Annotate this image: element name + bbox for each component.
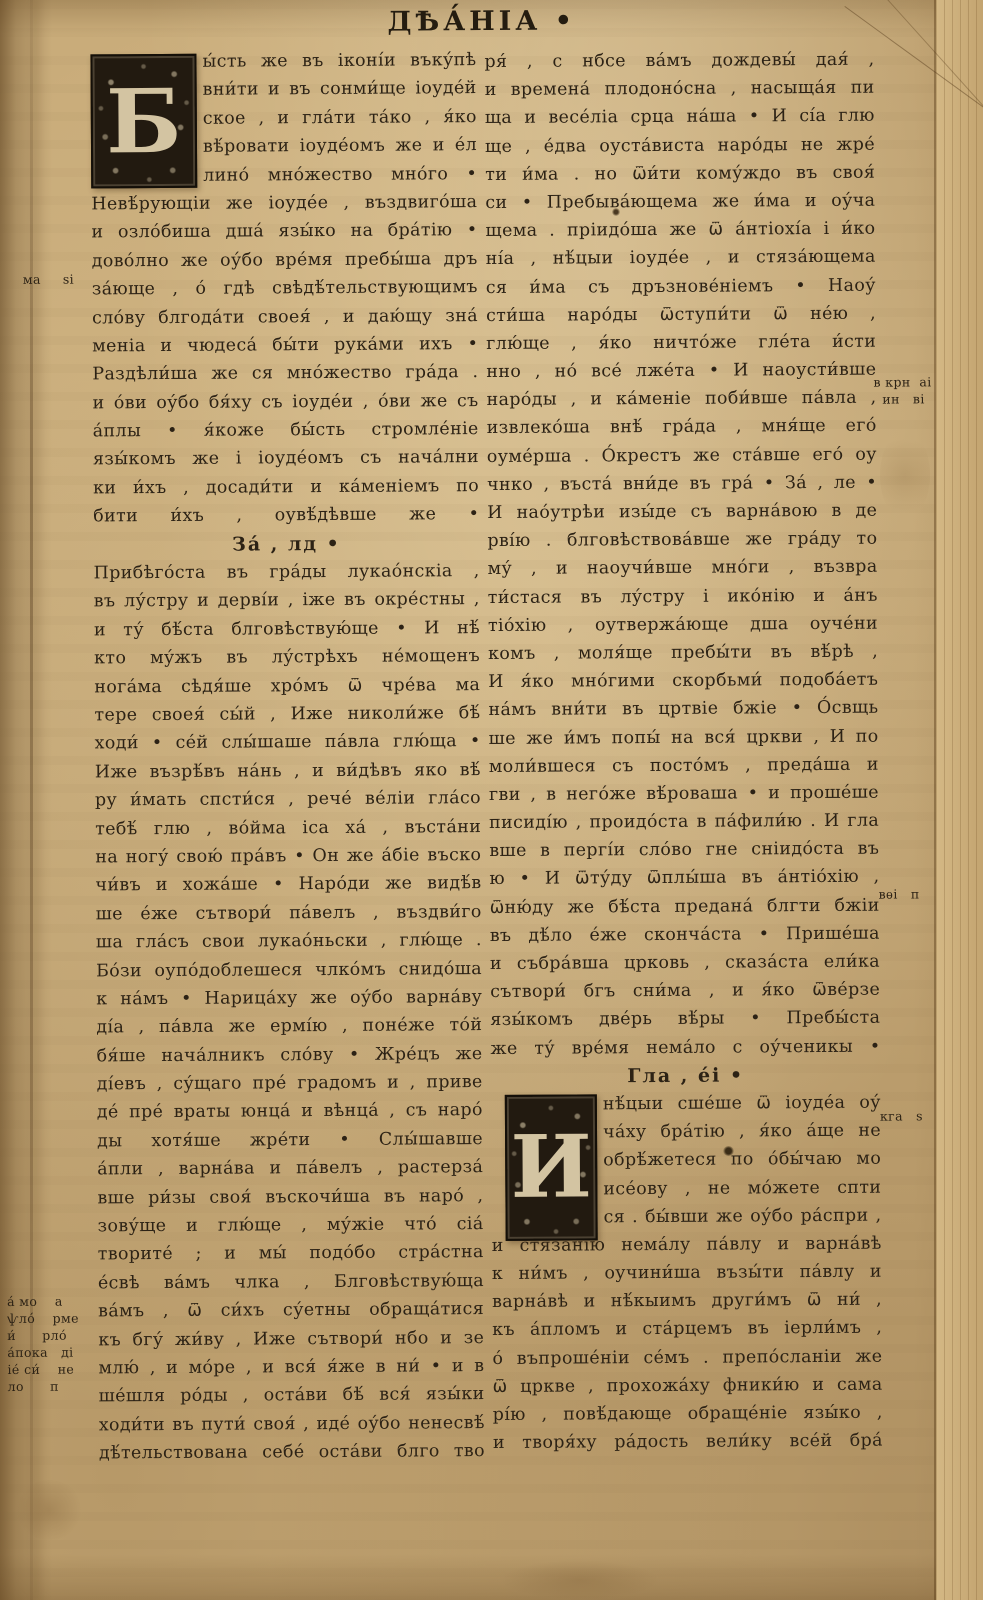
margin-gloss: ло п — [8, 1377, 94, 1395]
text-line: ні́а , нѣ́цыи іоуде́е , и стяза́ющема — [486, 243, 876, 274]
text-line: моли́вшеся съ посто́мъ , преда́ша и — [489, 750, 879, 781]
text-line: за́юще , о́ гдѣ свѣдѣ́тельствующимъ — [92, 273, 478, 304]
text-line: вѣ́ровати іоуде́омъ же и е́л — [203, 131, 477, 161]
text-line: гви , в него́же вѣ́роваша • и проше́ше — [489, 779, 879, 810]
text-line: де́ пре́ враты юнца́ и вѣнца́ , съ наро́ — [97, 1097, 483, 1128]
text-line: меніа и чюдеса́ бы́ти рука́ми ихъ • — [92, 330, 478, 361]
text-line: оуме́рша . О́крестъ же ста́вше его́ оу — [487, 440, 877, 471]
text-line: ки и́хъ , досади́ти и ка́меніемъ по — [93, 472, 479, 503]
margin-gloss: ин ві — [874, 390, 974, 408]
margin-note-chapter-ref: маѕі — [23, 270, 89, 291]
text-line: и събра́вша црковь , сказа́ста ели́ка — [490, 948, 880, 979]
text-line: ти и́ма . но ѿи́ти кому́ждо въ своя́ — [485, 158, 875, 189]
text-line: ді́а , па́вла же ермі́ю , поне́же то́й — [96, 1011, 482, 1042]
text-line: комъ , моля́ще пребы́ти въ вѣ́рѣ , — [488, 638, 878, 669]
text-line: вше ри́зы своя́ въскочи́ша въ наро́ , — [97, 1182, 483, 1213]
text-line: ское , и гла́ти та́ко , я́ко — [203, 103, 477, 133]
body-block-left-1: Невѣ́рующіи же іоуде́е , въздвиго́шаи оз… — [91, 188, 479, 531]
book-page-scan: ДѢА́НІА • ы́сть же въ іконі́и въку́пѣвни… — [0, 0, 983, 1600]
text-line: сътвори́ бгъ сни́ма , и я́ко ѿве́рзе — [490, 976, 880, 1007]
text-line: а́плы • я́коже бы́сть стромле́ніе — [93, 415, 479, 446]
margin-gloss: и́ рло́ — [7, 1326, 93, 1344]
text-line: ѿ цркве , прохожа́ху фники́ю и сама — [492, 1370, 882, 1401]
margin-gloss: в крн аі — [873, 373, 973, 391]
text-line: сти́ша наро́ды ѿступи́ти ѿ не́ю , — [486, 299, 876, 330]
text-line: му́ , и наоучи́вше мно́ги , възвра — [488, 553, 878, 584]
text-line: ща и весе́ліа срца на́ша • И сі́а глю — [485, 102, 875, 133]
text-line: млю́ , и мо́ре , и вся́ я́же в ни́ • и в… — [98, 1352, 484, 1383]
text-line: дово́лно же оу́бо вре́мя пребы́ша дръ — [92, 245, 478, 276]
text-line: писиді́ю , проидо́ста в па́фили́ю . И гл… — [489, 807, 879, 838]
text-line: ча́ху бра́тію , я́ко а́ще не — [603, 1117, 881, 1147]
text-line: ѿню́ду же бѣ́ста предана́ блгти бжіи — [490, 891, 880, 922]
text-line: о́ въпроше́ніи се́мъ . препо́сланіи же — [492, 1342, 882, 1373]
margin-gloss: а́ мо а — [7, 1292, 93, 1310]
text-line: бя́ше нача́лникъ сло́ву • Жре́цъ же — [96, 1040, 482, 1071]
text-line: язы́комъ же і іоуде́омъ съ нача́лни — [93, 444, 479, 475]
text-line: ходи́ти въ пути́ своя́ , иде́ оу́бо нене… — [99, 1409, 485, 1440]
text-line: на ногу́ свою́ пра́въ • Он же а́біе въск… — [95, 841, 481, 872]
text-line: творите́ ; и мы́ подо́бо стра́стна — [98, 1238, 484, 1269]
text-line: ся и́ма съ дръзнове́ніемъ • Наоу́ — [486, 271, 876, 302]
text-line: вни́ти и въ сонми́ще іоуде́й — [203, 74, 477, 104]
text-line: щема . пріидо́ша же ѿ а́нтіохі́а і и́ко — [485, 215, 875, 246]
text-line: ю • И ѿту́ду ѿплы́ша въ а́нтіо́хію , — [489, 863, 879, 894]
text-line: рі́ю , повѣ́дающе обраще́ніе язы́ко , — [493, 1399, 883, 1430]
margin-note-cross-reference: кга ѕ — [880, 1107, 980, 1125]
text-line: ше е́же сътвори́ па́велъ , въздви́го — [96, 898, 482, 929]
text-line: обрѣ́жетеся по о́бы́чаю мо — [603, 1145, 881, 1175]
text-line: к ни́мъ , оучини́ша възы́ти па́влу и — [492, 1258, 882, 1289]
text-line: а́пли , варна́ва и па́велъ , растерза́ — [97, 1153, 483, 1184]
margin-gloss: іе́ си́ не — [7, 1360, 93, 1378]
text-line: ды хотя́ше жре́ти • Слы́шавше — [97, 1125, 483, 1156]
margin-gloss: ѱло́ рме — [7, 1309, 93, 1327]
text-line: глю́ще , я́ко ничто́же гле́та и́сти — [486, 328, 876, 359]
opening-paragraph-left: ы́сть же въ іконі́и въку́пѣвни́ти и въ с… — [202, 46, 477, 190]
text-line: кто му́жъ въ лу́стрѣхъ не́мощенъ — [94, 642, 480, 673]
text-line: и ту́ бѣ́ста блговѣствую́ще • И нѣ́ — [94, 614, 480, 645]
chapter-heading-marker: Гла , е́і • — [491, 1060, 881, 1091]
text-line: к на́мъ • Нарица́ху же оу́бо варна́ву — [96, 983, 482, 1014]
text-line: сло́ву блгода́ти своея́ , и даю́щу зна́ — [92, 302, 478, 333]
text-line: Иже възрѣ́въ на́нь , и ви́дѣвъ яко вѣ́ — [95, 756, 481, 787]
text-line: ша гла́съ свои лукао́ньски , глю́ще . — [96, 926, 482, 957]
margin-note-cross-reference: в крн аі ин ві — [873, 373, 973, 408]
margin-gloss: а́пока ді — [7, 1343, 93, 1361]
margin-note-cross-reference: вѳі п — [879, 885, 979, 903]
text-line: рві́ю . блговѣствова́вше же гра́ду то — [487, 525, 877, 556]
text-line: Невѣ́рующіи же іоуде́е , въздвиго́ша — [91, 188, 477, 219]
text-line: тебѣ́ глю , во́йма іса ха́ , въста́ни — [95, 813, 481, 844]
text-line: наро́ды , и ка́меніе поби́вше па́вла , — [486, 384, 876, 415]
text-line: и времена́ плодоно́сна , насыща́я пи — [485, 74, 875, 105]
margin-gloss: ма — [23, 271, 41, 288]
margin-gloss: кга ѕ — [880, 1107, 980, 1125]
text-line: къ а́пломъ и ста́рцемъ въ іерли́мъ , — [492, 1314, 882, 1345]
opening-paragraph-right: нѣ́цыи сше́ше ѿ іоуде́а оу́ча́ху бра́тію… — [603, 1089, 882, 1232]
text-line: ходи́ • се́й слы́шаше па́вла глю́ща • — [95, 727, 481, 758]
margin-gloss: вѳі п — [879, 885, 979, 903]
text-line: на́мъ вни́ти въ цртвіе бжіе • О́свщь — [488, 694, 878, 725]
body-block-right-2: и стяза́нію нема́лу па́влу и варна́вѣк н… — [492, 1229, 883, 1457]
text-line: чнко , въста́ вни́де въ гра́ • За́ , ле … — [487, 468, 877, 499]
woodcut-initial-letter: Б — [90, 54, 197, 189]
text-line: ше же и́мъ попы́ на вся́ цркви , И по — [489, 722, 879, 753]
text-line: И нао́утрѣи изы́де съ варна́вою в де — [487, 497, 877, 528]
text-line: бити и́хъ , оувѣ́дѣвше же • — [93, 500, 479, 531]
margin-note-cross-references: а́ мо аѱло́ рмеи́ рло́а́пока дііе́ си́ н… — [7, 1292, 94, 1395]
text-line: зову́ще и глю́ще , му́жіе что́ сіа́ — [98, 1210, 484, 1241]
text-line: къ бгу́ жи́ву , Иже сътвори́ нбо и зе — [98, 1324, 484, 1355]
text-line: вше в пергі́и сло́во гне сніидо́ста въ и… — [489, 835, 879, 866]
text-line: тере своея́ сы́й , Иже николи́же бѣ́ — [94, 699, 480, 730]
body-block-right-1: ря́ , с нбсе ва́мъ дождевы́ дая́ ,и врем… — [484, 46, 880, 1063]
text-line: ря́ , с нбсе ва́мъ дождевы́ дая́ , — [484, 46, 874, 77]
woodcut-initial-letter: И — [505, 1094, 598, 1241]
text-line: ще , е́два оуста́виста наро́ды не жре́ — [485, 130, 875, 161]
text-line: ру и́мать спсти́ся , рече́ ве́ліи гла́со — [95, 784, 481, 815]
text-line: И я́ко мно́гими скорбьми́ подоба́етъ — [488, 666, 878, 697]
text-line: ва́мъ , ѿ си́хъ су́етны обраща́тися — [98, 1295, 484, 1326]
text-line: ти́стася въ лу́стру і ико́нію и а́нъ — [488, 581, 878, 612]
text-line: варна́вѣ и нѣ́кыимъ други́мъ ѿ ни́ , — [492, 1286, 882, 1317]
text-line: Раздѣли́ша же ся мно́жество гра́да . — [92, 358, 478, 389]
text-line: и о́ви оу́бо бя́ху съ іоуде́и , о́ви же … — [92, 387, 478, 418]
running-title: ДѢА́НІА • — [90, 4, 873, 40]
text-line: ы́сть же въ іконі́и въку́пѣ — [202, 46, 476, 76]
text-line: нога́ма сѣдя́ше хро́мъ ѿ чре́ва ма — [94, 671, 480, 702]
text-line: исе́ову , не мо́жете спти — [603, 1173, 881, 1203]
text-line: ді́евъ , су́щаго пре́ градомъ и , приве — [97, 1068, 483, 1099]
text-line: тіо́хію , оутвержа́юще дша оуче́ни — [488, 609, 878, 640]
body-block-left-2: Прибѣго́ста въ гра́ды лукао́нскіа ,въ лу… — [94, 557, 486, 1468]
text-line: лино́ мно́жество мно́го • — [203, 160, 477, 190]
text-line: извлеко́ша внѣ́ гра́да , мня́ще его́ — [487, 412, 877, 443]
text-line: ся . бы́вши же оу́бо ра́спри , — [603, 1201, 881, 1231]
text-line: язы́комъ две́рь вѣ́ры • Пребы́ста — [490, 1004, 880, 1035]
text-column-right: ря́ , с нбсе ва́мъ дождевы́ дая́ ,и врем… — [484, 46, 883, 1458]
text-line: си • Пребыва́ющема же и́ма и оу́ча — [485, 187, 875, 218]
text-line: чи́въ и хожа́ше • Наро́ди же видѣ́в — [95, 869, 481, 900]
text-column-left: ы́сть же въ іконі́и въку́пѣвни́ти и въ с… — [90, 46, 485, 1468]
text-line: дѣ́тельствована себе́ оста́ви блго тво — [99, 1437, 485, 1468]
text-line: Прибѣго́ста въ гра́ды лукао́нскіа , — [94, 557, 480, 588]
text-line: въ дѣ́ло е́же сконча́ста • Прише́ша — [490, 919, 880, 950]
text-line: Бо́зи оупо́доблешеся члко́мъ снидо́ша — [96, 955, 482, 986]
text-line: же ту́ вре́мя нема́ло с оу́ченикы • — [490, 1032, 880, 1063]
page-content: ДѢА́НІА • ы́сть же въ іконі́и въку́пѣвни… — [0, 0, 983, 1600]
text-line: е́свѣ ва́мъ члка , Блговѣствую́ща — [98, 1267, 484, 1298]
text-line: и творя́ху ра́дость вели́ку все́й бра́ — [493, 1427, 883, 1458]
zachalo-section-marker: За́ , лд • — [93, 529, 479, 560]
text-line: въ лу́стру и дерві́и , іже въ окре́стны … — [94, 585, 480, 616]
text-line: нно , но́ все́ лже́та • И наоусти́вше — [486, 356, 876, 387]
text-line: нѣ́цыи сше́ше ѿ іоуде́а оу́ — [603, 1089, 881, 1119]
margin-gloss: ѕі — [63, 271, 74, 288]
text-line: ше́шля ро́ды , оста́ви бѣ́ вся́ язы́ки — [99, 1380, 485, 1411]
text-line: и озло́биша дша́ язы́ко на бра́тію • — [91, 216, 477, 247]
